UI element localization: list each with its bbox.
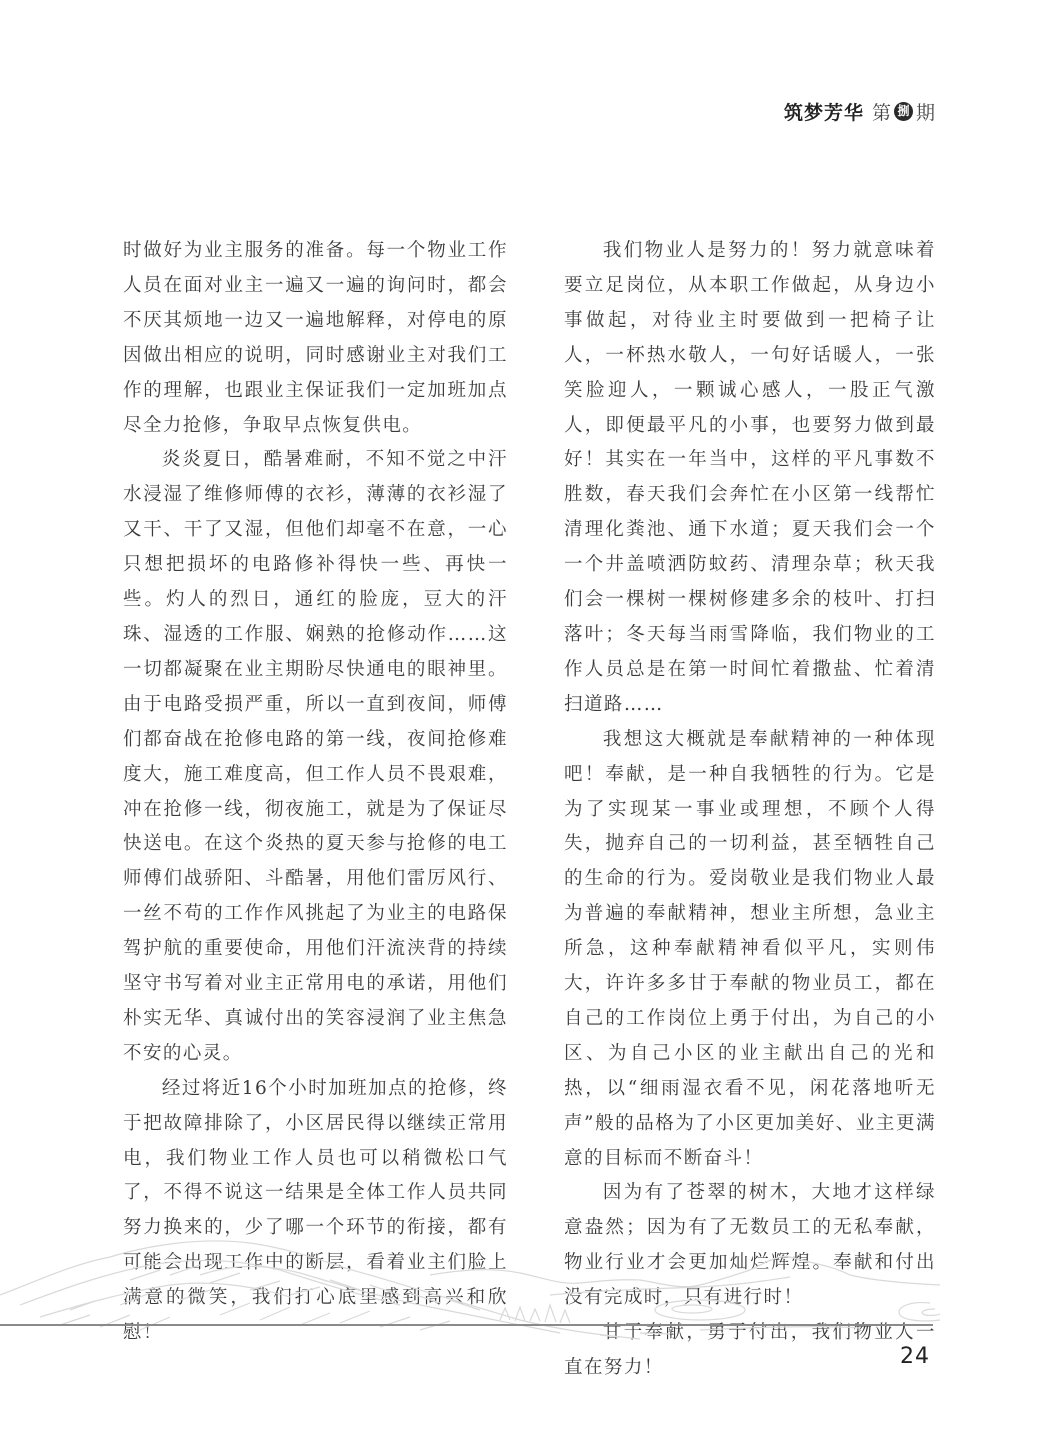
issue-number-badge: 捌 (894, 102, 913, 121)
paragraph: 时做好为业主服务的准备。每一个物业工作人员在面对业主一遍又一遍的询问时，都会不厌… (123, 234, 508, 443)
issue-suffix: 期 (916, 98, 935, 125)
right-column: 我们物业人是努力的！努力就意味着要立足岗位，从本职工作做起，从身边小事做起，对待… (564, 234, 936, 1386)
page-number: 24 (900, 1344, 930, 1369)
running-header: 筑梦芳华 第 捌 期 (784, 98, 935, 125)
paragraph: 炎炎夏日，酷暑难耐，不知不觉之中汗水浸湿了维修师傅的衣衫，薄薄的衣衫湿了又干、干… (123, 443, 508, 1071)
footer-rule (0, 1324, 933, 1326)
paragraph: 我们物业人是努力的！努力就意味着要立足岗位，从本职工作做起，从身边小事做起，对待… (564, 234, 936, 723)
paragraph: 我想这大概就是奉献精神的一种体现吧！奉献，是一种自我牺牲的行为。它是为了实现某一… (564, 723, 936, 1177)
magazine-title: 筑梦芳华 (784, 98, 864, 125)
left-column: 时做好为业主服务的准备。每一个物业工作人员在面对业主一遍又一遍的询问时，都会不厌… (123, 234, 508, 1351)
issue-prefix: 第 (872, 98, 891, 125)
landscape-illustration (0, 1235, 945, 1350)
